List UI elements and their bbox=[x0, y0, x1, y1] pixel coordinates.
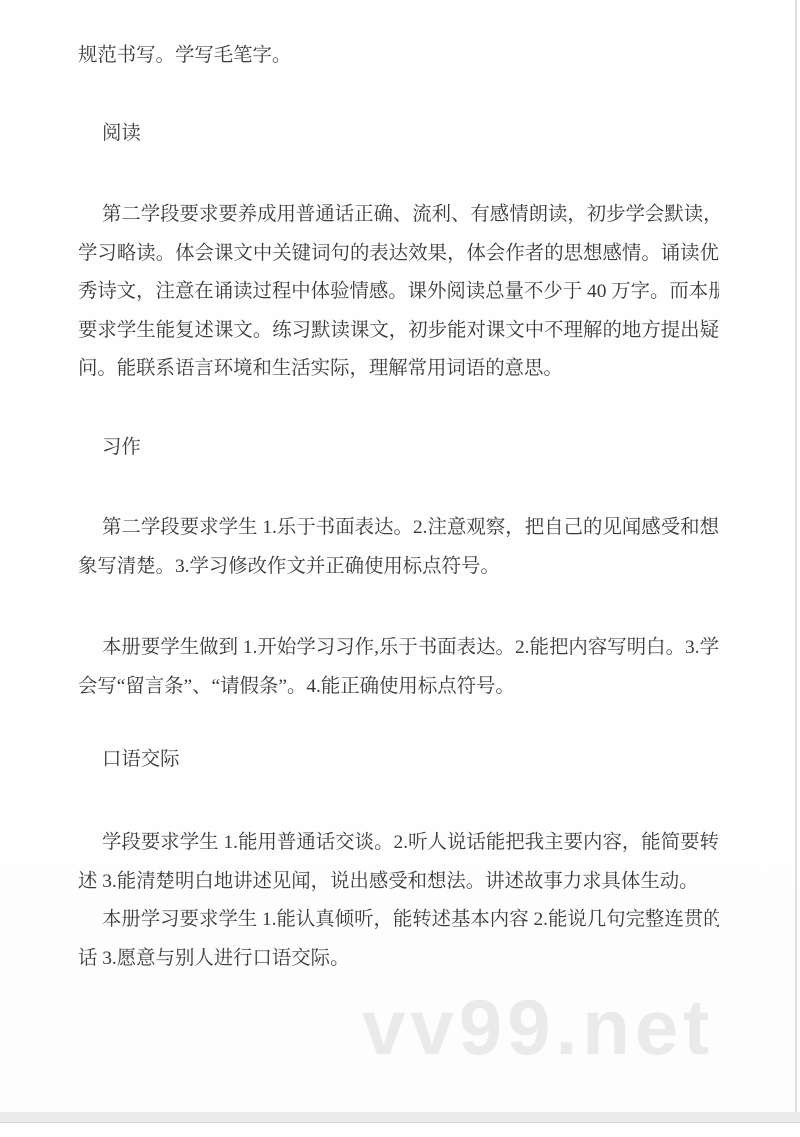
paragraph-writing-book-requirements: 本册要学生做到 1.开始学习习作,乐于书面表达。2.能把内容写明白。3.学 会写… bbox=[78, 629, 719, 706]
text-line: 问。能联系语言环境和生活实际，理解常用词语的意思。 bbox=[78, 350, 719, 389]
document-viewer: 规范书写。学写毛笔字。 阅读 第二学段要求要养成用普通话正确、流利、有感情朗读，… bbox=[0, 0, 800, 1137]
heading-text: 口语交际 bbox=[78, 741, 719, 780]
heading-text: 阅读 bbox=[78, 115, 719, 154]
text-line: 第二学段要求学生 1.乐于书面表达。2.注意观察，把自己的见闻感受和想 bbox=[78, 509, 719, 548]
text-line: 本册学习要求学生 1.能认真倾听，能转述基本内容 2.能说几句完整连贯的 bbox=[78, 901, 719, 940]
text-line: 会写“留言条”、“请假条”。4.能正确使用标点符号。 bbox=[78, 668, 719, 707]
next-page-top bbox=[0, 1123, 800, 1137]
text-line: 述 3.能清楚明白地讲述见闻，说出感受和想法。讲述故事力求具体生动。 bbox=[78, 863, 719, 902]
text-line: 话 3.愿意与别人进行口语交际。 bbox=[78, 940, 719, 979]
text-line: 本册要学生做到 1.开始学习习作,乐于书面表达。2.能把内容写明白。3.学 bbox=[78, 629, 719, 668]
paragraph-writing-stage-requirements: 第二学段要求学生 1.乐于书面表达。2.注意观察，把自己的见闻感受和想 象写清楚… bbox=[78, 509, 719, 586]
paragraph-reading-requirements: 第二学段要求要养成用普通话正确、流利、有感情朗读，初步学会默读， 学习略读。体会… bbox=[78, 196, 719, 389]
section-heading-oral-communication: 口语交际 bbox=[78, 741, 719, 780]
text-line: 秀诗文，注意在诵读过程中体验情感。课外阅读总量不少于 40 万字。而本册 bbox=[78, 273, 719, 312]
text-line: 要求学生能复述课文。练习默读课文，初步能对课文中不理解的地方提出疑 bbox=[78, 312, 719, 351]
text-line: 第二学段要求要养成用普通话正确、流利、有感情朗读，初步学会默读， bbox=[78, 196, 719, 235]
paragraph-oral-stage-requirements: 学段要求学生 1.能用普通话交谈。2.听人说话能把我主要内容，能简要转 述 3.… bbox=[78, 824, 719, 901]
page-right-edge-line bbox=[795, 0, 797, 1112]
document-page: 规范书写。学写毛笔字。 阅读 第二学段要求要养成用普通话正确、流利、有感情朗读，… bbox=[0, 0, 800, 1112]
page-gap-divider bbox=[0, 1112, 800, 1123]
paragraph-continuation: 规范书写。学写毛笔字。 bbox=[78, 37, 719, 76]
section-heading-writing: 习作 bbox=[78, 429, 719, 468]
text-line: 学段要求学生 1.能用普通话交谈。2.听人说话能把我主要内容，能简要转 bbox=[78, 824, 719, 863]
site-watermark: vv99.net bbox=[362, 988, 714, 1066]
section-heading-reading: 阅读 bbox=[78, 115, 719, 154]
text-line: 学习略读。体会课文中关键词句的表达效果，体会作者的思想感情。诵读优 bbox=[78, 235, 719, 274]
paragraph-oral-book-requirements: 本册学习要求学生 1.能认真倾听，能转述基本内容 2.能说几句完整连贯的 话 3… bbox=[78, 901, 719, 978]
text-line: 象写清楚。3.学习修改作文并正确使用标点符号。 bbox=[78, 548, 719, 587]
heading-text: 习作 bbox=[78, 429, 719, 468]
text-line: 规范书写。学写毛笔字。 bbox=[78, 37, 719, 76]
